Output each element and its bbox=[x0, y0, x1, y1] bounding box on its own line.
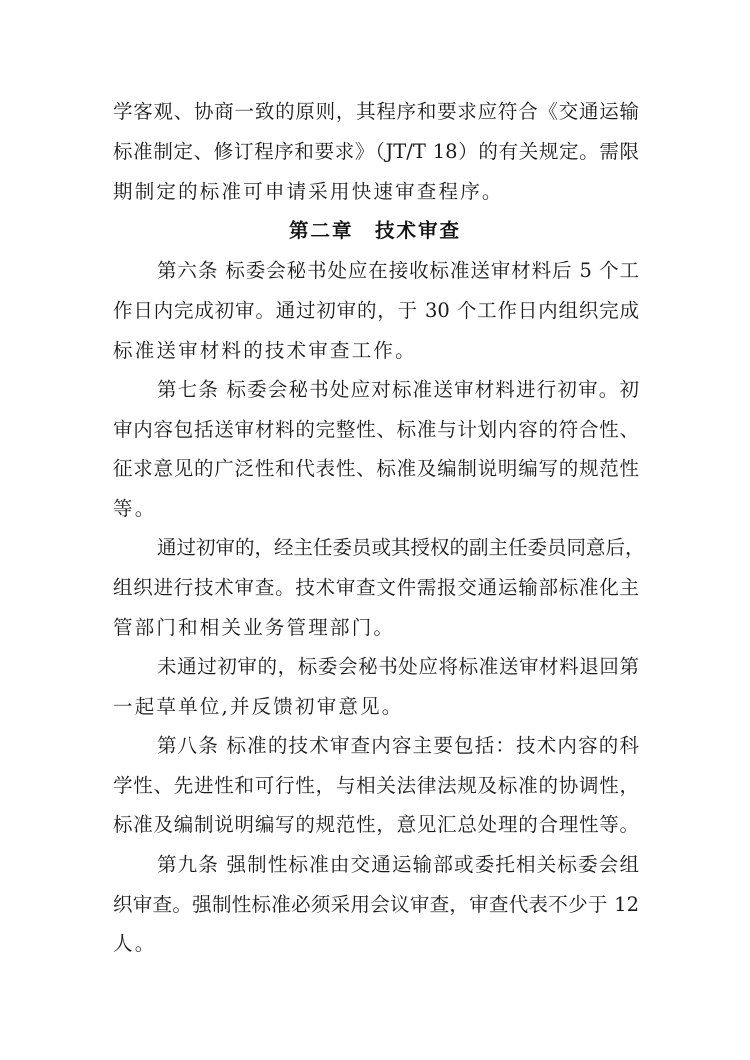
chapter-heading: 第二章 技术审查 bbox=[0, 216, 750, 246]
article-7-line: 第七条 标委会秘书处应对标准送审材料进行初审。初 bbox=[157, 375, 639, 405]
article-7-fail-line: 一起草单位,并反馈初审意见。 bbox=[113, 692, 639, 722]
article-9-line: 织审查。强制性标准必须采用会议审查，审查代表不少于 12 bbox=[113, 890, 639, 920]
article-7-pass-line: 组织进行技术审查。技术审查文件需报交通运输部标准化主 bbox=[113, 573, 639, 603]
article-8-line: 第八条 标准的技术审查内容主要包括：技术内容的科 bbox=[157, 731, 639, 761]
paragraph-line: 期制定的标准可申请采用快速审查程序。 bbox=[113, 177, 639, 207]
article-8-line: 学性、先进性和可行性，与相关法律法规及标准的协调性， bbox=[113, 771, 639, 801]
article-7-pass-line: 管部门和相关业务管理部门。 bbox=[113, 613, 639, 643]
paragraph-line: 学客观、协商一致的原则，其程序和要求应符合《交通运输 bbox=[113, 97, 639, 127]
article-6-line: 标准送审材料的技术审查工作。 bbox=[113, 336, 639, 366]
article-9-line: 第九条 强制性标准由交通运输部或委托相关标委会组 bbox=[157, 850, 639, 880]
paragraph-line: 标准制定、修订程序和要求》（JT/T 18）的有关规定。需限 bbox=[113, 137, 639, 167]
article-7-line: 征求意见的广泛性和代表性、标准及编制说明编写的规范性 bbox=[113, 454, 639, 484]
article-6-line: 第六条 标委会秘书处应在接收标准送审材料后 5 个工 bbox=[157, 256, 639, 286]
article-8-line: 标准及编制说明编写的规范性，意见汇总处理的合理性等。 bbox=[113, 810, 639, 840]
article-6-line: 作日内完成初审。通过初审的，于 30 个工作日内组织完成 bbox=[113, 296, 639, 326]
article-9-line: 人。 bbox=[113, 929, 639, 959]
article-7-line: 等。 bbox=[113, 494, 639, 524]
article-7-pass-line: 通过初审的，经主任委员或其授权的副主任委员同意后， bbox=[157, 533, 639, 563]
article-7-line: 审内容包括送审材料的完整性、标准与计划内容的符合性、 bbox=[113, 415, 639, 445]
article-7-fail-line: 未通过初审的，标委会秘书处应将标准送审材料退回第 bbox=[157, 652, 639, 682]
document-page: 学客观、协商一致的原则，其程序和要求应符合《交通运输 标准制定、修订程序和要求》… bbox=[0, 0, 750, 1060]
